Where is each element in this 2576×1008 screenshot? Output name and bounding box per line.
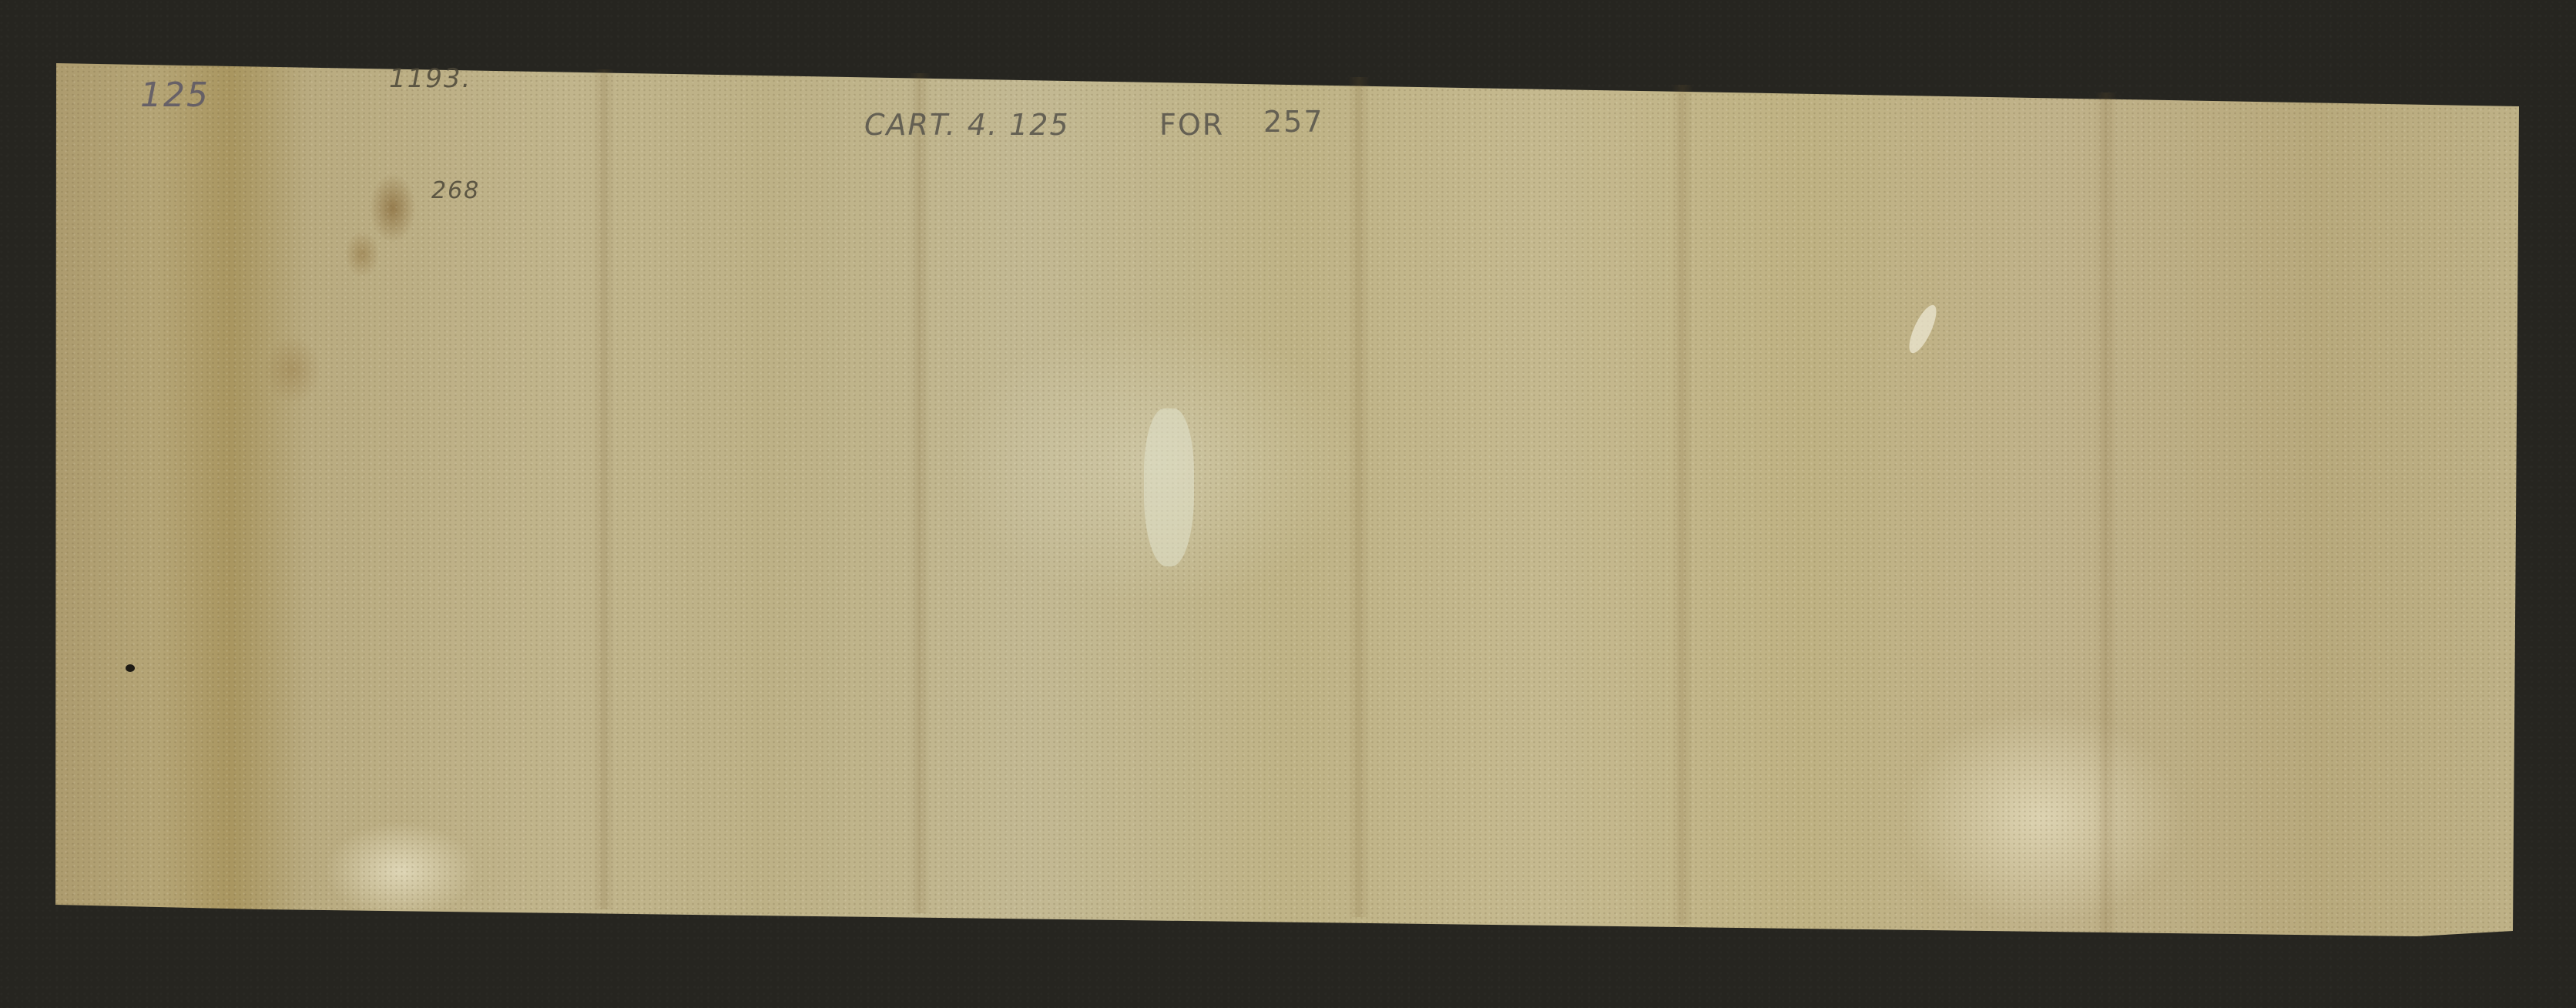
fold-line [2095, 92, 2117, 932]
archival-number-125: 125 [140, 76, 210, 115]
fold-line [593, 69, 615, 909]
pin-hole [126, 664, 135, 672]
parchment-sheet [0, 0, 2576, 1008]
archival-year-1193: 1193. [389, 63, 471, 94]
repair-patch [1144, 408, 1194, 566]
shelfmark-cart: CART. 4. 125 [864, 108, 1070, 142]
shelfmark-for: FOR [1159, 108, 1224, 142]
fold-line [1672, 85, 1693, 925]
fold-line [1348, 77, 1370, 917]
archival-number-268: 268 [431, 177, 480, 204]
fold-line [909, 73, 931, 913]
shelfmark-257: 257 [1263, 105, 1324, 139]
